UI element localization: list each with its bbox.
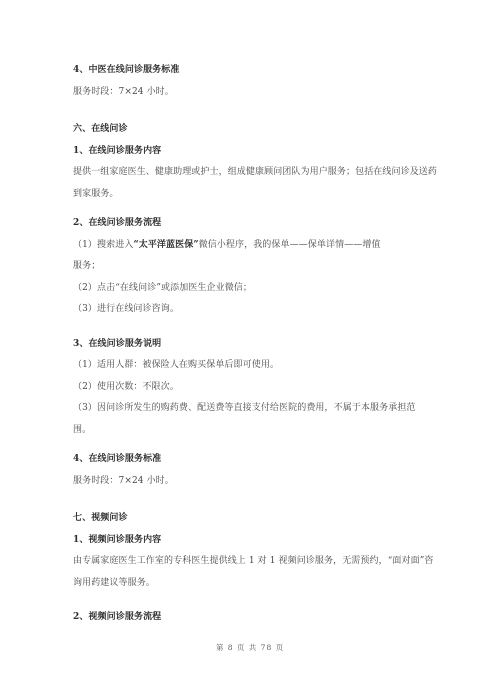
online-consult-section-title: 六、在线问诊 xyxy=(73,119,427,141)
online-consult-process-step-1: （1）搜索进入“太平洋蓝医保”微信小程序，我的保单——保单详情——增值 xyxy=(73,235,427,257)
document-body: 4、中医在线问诊服务标准 服务时段：7×24 小时。 六、在线问诊 1、在线问诊… xyxy=(73,60,427,629)
online-consult-process-step-1-wrap: 服务； xyxy=(73,256,427,278)
document-page: 4、中医在线问诊服务标准 服务时段：7×24 小时。 六、在线问诊 1、在线问诊… xyxy=(0,0,495,700)
online-consult-notes-item-1: （1）适用人群：被保险人在购买保单后即可使用。 xyxy=(73,355,427,377)
step-1-text-continued: 微信小程序，我的保单——保单详情——增值 xyxy=(199,240,381,250)
video-consult-section-title: 七、视频问诊 xyxy=(73,508,427,530)
online-consult-process-heading: 2、在线问诊服务流程 xyxy=(73,213,427,235)
online-consult-content-heading: 1、在线问诊服务内容 xyxy=(73,141,427,163)
online-consult-process-step-3: （3）进行在线问诊咨询。 xyxy=(73,299,427,321)
video-consult-content-heading: 1、视频问诊服务内容 xyxy=(73,530,427,552)
online-consult-notes-item-3-line-1: （3）因问诊所发生的购药费、配送费等直接支付给医院的费用，不属于本服务承担范 xyxy=(73,398,427,420)
video-consult-process-heading: 2、视频问诊服务流程 xyxy=(73,607,427,629)
tcm-online-standard-heading: 4、中医在线问诊服务标准 xyxy=(73,60,427,82)
video-consult-content-line-1: 由专属家庭医生工作室的专科医生提供线上 1 对 1 视频问诊服务，无需预约，“面… xyxy=(73,551,427,573)
online-consult-content-line-1: 提供一组家庭医生、健康助理或护士，组成健康顾问团队为用户服务；包括在线问诊及送药 xyxy=(73,162,427,184)
online-consult-notes-item-3-line-2: 围。 xyxy=(73,420,427,442)
online-consult-notes-item-2: （2）使用次数：不限次。 xyxy=(73,377,427,399)
online-consult-process-step-2: （2）点击“在线问诊”或添加医生企业微信； xyxy=(73,278,427,300)
video-consult-content-line-2: 询用药建议等服务。 xyxy=(73,573,427,595)
online-consult-notes-heading: 3、在线问诊服务说明 xyxy=(73,334,427,356)
miniprogram-name-bold: “太平洋蓝医保” xyxy=(133,240,198,250)
tcm-online-standard-body: 服务时段：7×24 小时。 xyxy=(73,82,427,104)
page-number-indicator: 第 8 页 共 78 页 xyxy=(216,643,284,652)
online-consult-standard-heading: 4、在线问诊服务标准 xyxy=(73,449,427,471)
step-1-text: （1）搜索进入 xyxy=(73,240,133,250)
online-consult-standard-body: 服务时段：7×24 小时。 xyxy=(73,471,427,493)
online-consult-content-line-2: 到家服务。 xyxy=(73,184,427,206)
page-footer: 第 8 页 共 78 页 xyxy=(73,641,427,655)
